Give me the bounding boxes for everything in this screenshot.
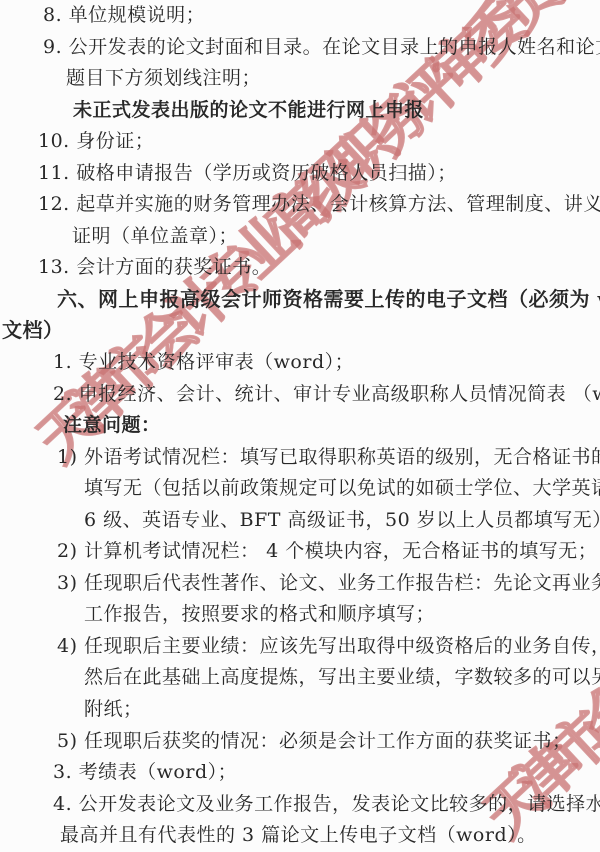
doc-line: 1. 专业技术资格评审表（word）； [0,347,600,379]
doc-line: 最高并且有代表性的 3 篇论文上传电子文档（word）。 [0,820,600,852]
doc-line: 未正式发表出版的论文不能进行网上申报 [0,95,600,127]
doc-line: 2) 计算机考试情况栏： 4 个模块内容，无合格证书的填写无； [0,536,600,568]
doc-line: 附纸； [0,694,600,726]
doc-line: 3. 考绩表（word）； [0,757,600,789]
document-body: 8. 单位规模说明；9. 公开发表的论文封面和目录。在论文目录上的申报人姓名和论… [0,0,600,852]
doc-line: 5) 任现职后获奖的情况：必须是会计工作方面的获奖证书； [0,726,600,758]
doc-line: 9. 公开发表的论文封面和目录。在论文目录上的申报人姓名和论文 [0,32,600,64]
doc-line: 六、网上申报高级会计师资格需要上传的电子文档（必须为 word [0,284,600,316]
doc-line: 1) 外语考试情况栏：填写已取得职称英语的级别，无合格证书的 [0,442,600,474]
doc-line: 12. 起草并实施的财务管理办法、会计核算方法、管理制度、讲义的 [0,189,600,221]
doc-line: 然后在此基础上高度提炼，写出主要业绩，字数较多的可以另 [0,662,600,694]
doc-line: 题目下方须划线注明； [0,63,600,95]
doc-line: 13. 会计方面的获奖证书。 [0,252,600,284]
doc-line: 注意问题： [0,410,600,442]
doc-line: 4) 任现职后主要业绩：应该先写出取得中级资格后的业务自传， [0,631,600,663]
doc-line: 11. 破格申请报告（学历或资历破格人员扫描）； [0,158,600,190]
doc-line: 2. 申报经济、会计、统计、审计专业高级职称人员情况简表 （word）； [0,379,600,411]
doc-line: 6 级、英语专业、BFT 高级证书，50 岁以上人员都填写无）； [0,505,600,537]
doc-line: 3) 任现职后代表性著作、论文、业务工作报告栏：先论文再业务 [0,568,600,600]
doc-line: 证明（单位盖章）； [0,221,600,253]
doc-line: 文档） [0,315,600,347]
doc-line: 工作报告，按照要求的格式和顺序填写； [0,599,600,631]
doc-line: 8. 单位规模说明； [0,0,600,32]
doc-line: 10. 身份证； [0,126,600,158]
document-page: 天津市会计专业高级职务评审委员会 天津市会计专业高级职务评审委员会 8. 单位规… [0,0,600,852]
doc-line: 4. 公开发表论文及业务工作报告，发表论文比较多的，请选择水平 [0,789,600,821]
doc-line: 填写无（包括以前政策规定可以免试的如硕士学位、大学英语 [0,473,600,505]
